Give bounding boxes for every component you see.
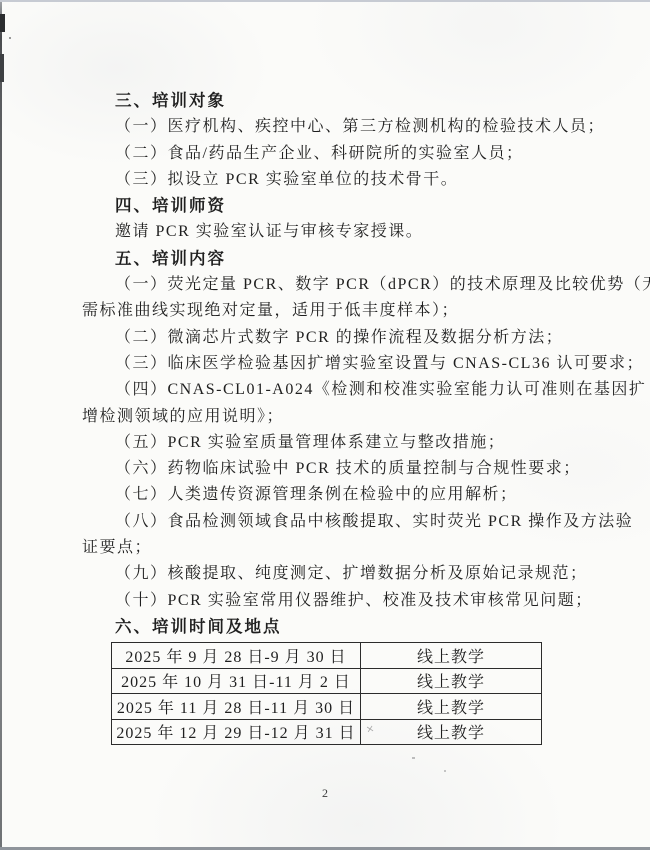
table-row: 2025 年 10 月 31 日-11 月 2 日 线上教学 (112, 668, 542, 694)
table-row: 2025 年 11 月 28 日-11 月 30 日 线上教学 (112, 694, 542, 720)
paragraph-line: （十）PCR 实验室常用仪器维护、校准及技术审核常见问题； (82, 588, 578, 614)
scan-speck (444, 770, 446, 772)
schedule-mode-cell: 线上教学 (361, 668, 542, 694)
scan-edge-top (0, 0, 650, 2)
paragraph-line: （四）CNAS-CL01-A024《检测和校准实验室能力认可准则在基因扩 (82, 377, 578, 403)
table-row: 2025 年 9 月 28 日-9 月 30 日 线上教学 (112, 643, 542, 669)
paragraph-line: （五）PCR 实验室质量管理体系建立与整改措施； (82, 430, 578, 456)
scan-blotch (0, 54, 4, 82)
document-body: 三、培训对象 （一）医疗机构、疾控中心、第三方检测机构的检验技术人员； （二）食… (82, 88, 578, 745)
paragraph-line-continuation: 证要点； (82, 535, 578, 561)
section-heading-training-faculty: 四、培训师资 (82, 193, 578, 219)
paragraph-line: （三）临床医学检验基因扩增实验室设置与 CNAS-CL36 认可要求； (82, 351, 578, 377)
scan-blotch (0, 14, 5, 32)
paragraph-line: （二）微滴芯片式数字 PCR 的操作流程及数据分析方法； (82, 325, 578, 351)
schedule-table: 2025 年 9 月 28 日-9 月 30 日 线上教学 2025 年 10 … (111, 642, 542, 745)
schedule-mode-cell: 线上教学 (361, 643, 542, 669)
schedule-date-cell: 2025 年 9 月 28 日-9 月 30 日 (112, 643, 361, 669)
section-heading-training-schedule: 六、培训时间及地点 (82, 614, 578, 640)
schedule-date-cell: 2025 年 10 月 31 日-11 月 2 日 (112, 668, 361, 694)
scan-edge-left (0, 2, 2, 848)
paragraph-line: （二）食品/药品生产企业、科研院所的实验室人员； (82, 141, 578, 167)
paragraph-line: （六）药物临床试验中 PCR 技术的质量控制与合规性要求； (82, 456, 578, 482)
schedule-date-cell: 2025 年 11 月 28 日-11 月 30 日 (112, 694, 361, 720)
schedule-mode-cell: 线上教学 (361, 694, 542, 720)
table-row: 2025 年 12 月 29 日-12 月 31 日 线上教学 (112, 719, 542, 745)
scan-speck (412, 757, 415, 759)
section-heading-training-targets: 三、培训对象 (82, 88, 578, 114)
paragraph-line: （三）拟设立 PCR 实验室单位的技术骨干。 (82, 167, 578, 193)
paragraph-line: 邀请 PCR 实验室认证与审核专家授课。 (82, 219, 578, 245)
section-heading-training-content: 五、培训内容 (82, 246, 578, 272)
paragraph-line: （八）食品检测领域食品中核酸提取、实时荧光 PCR 操作及方法验 (82, 509, 578, 535)
schedule-date-cell: 2025 年 12 月 29 日-12 月 31 日 (112, 719, 361, 745)
schedule-mode-cell: 线上教学 (361, 719, 542, 745)
paragraph-line-continuation: 需标准曲线实现绝对定量，适用于低丰度样本）； (82, 298, 578, 324)
paragraph-line: （七）人类遗传资源管理条例在检验中的应用解析； (82, 482, 578, 508)
page-number: 2 (0, 786, 650, 801)
paragraph-line: （九）核酸提取、纯度测定、扩增数据分析及原始记录规范； (82, 561, 578, 587)
paragraph-line: （一）荧光定量 PCR、数字 PCR（dPCR）的技术原理及比较优势（无 (82, 272, 578, 298)
paragraph-line-continuation: 增检测领域的应用说明》； (82, 404, 578, 430)
paragraph-line: （一）医疗机构、疾控中心、第三方检测机构的检验技术人员； (82, 114, 578, 140)
scan-speck (9, 37, 11, 39)
